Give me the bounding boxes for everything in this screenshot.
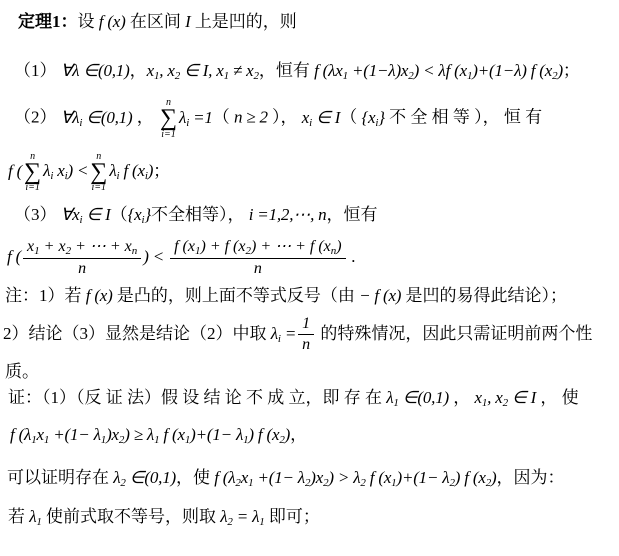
subscript: 1	[44, 434, 49, 446]
math-run: λi =1	[179, 108, 213, 127]
math-run: n ≥ 2	[234, 108, 268, 127]
subscript: 2	[323, 477, 328, 489]
fraction-denominator: n	[254, 259, 262, 278]
math-run: λ2 ∈(0,1)	[113, 468, 176, 487]
subscript: 1	[467, 70, 472, 82]
math-run: f (x)	[99, 12, 126, 31]
text-run: 是凸的，则上面不等式反号（由	[113, 286, 360, 305]
subscript: 1	[243, 434, 248, 446]
subscript: 2	[119, 434, 124, 446]
text-run: 若	[8, 507, 29, 526]
math-run: λ1	[29, 507, 41, 526]
math-run: {xi}	[361, 108, 384, 127]
text-run: 2）结论（3）显然是结论（2）中取	[3, 324, 271, 343]
math-run: f (	[7, 247, 21, 266]
text-run: 可以证明存在	[7, 468, 113, 487]
text-run: ，	[449, 388, 475, 407]
text-run: （	[213, 108, 234, 127]
proof-formula-1: f (λ1x1 +(1− λ1)x2) ≥ λ1 f (x1)+(1− λ1) …	[10, 423, 619, 446]
subscript: 2	[552, 70, 557, 82]
math-run: λi f (xi)	[109, 161, 153, 180]
text-run: ；	[563, 61, 580, 80]
display-formula-3: f (x1 + x2 + ⋯ + xnn) < f (x1) + f (x2) …	[7, 238, 619, 278]
fraction-denominator: n	[302, 335, 310, 354]
text-run: （	[340, 108, 361, 127]
subscript: i	[375, 117, 378, 129]
math-run: xi ∈ I	[302, 108, 340, 127]
fraction-numerator: x1 + x2 + ⋯ + xn	[23, 238, 141, 258]
subscript: i	[309, 117, 312, 129]
subscript: 1	[185, 434, 190, 446]
theorem-label: 定理1：	[18, 12, 78, 31]
subscript: i	[65, 170, 68, 182]
math-run: λ1 ∈(0,1)	[386, 388, 449, 407]
subscript: 2	[66, 245, 72, 257]
math-run: f (λx1 +(1−λ)x2) < λf (x1)+(1−λ) f (x2)	[314, 61, 563, 80]
math-run: {xi}	[128, 205, 151, 224]
math-run: .	[348, 247, 356, 266]
math-run: λ2 = λ1	[220, 507, 264, 526]
subscript: 1	[101, 434, 106, 446]
fraction: x1 + x2 + ⋯ + xnn	[23, 238, 141, 278]
text-run: 设	[78, 12, 99, 31]
subscript: 1	[393, 397, 398, 409]
note-2-continued: 质。	[5, 360, 619, 383]
text-run: （	[111, 205, 128, 224]
math-run: i =1,2,⋯, n	[249, 205, 327, 224]
text-run: ），	[268, 108, 302, 127]
text-run: 不 全 相 等 ）， 恒 有	[385, 108, 542, 127]
theorem-item-1: （1） ∀λ ∈(0,1)，x1, x2 ∈ I, x1 ≠ x2，恒有 f (…	[14, 59, 619, 82]
summation: n∑i=1	[24, 152, 41, 194]
fraction-denominator: n	[78, 259, 86, 278]
subscript: 2	[449, 477, 454, 489]
text-run: 证：（1）（反 证 法）假 设 结 论 不 成 立，即 存 在	[8, 388, 386, 407]
theorem-item-2: （2） ∀λi ∈(0,1) ， n∑i=1λi =1（ n ≥ 2 ）， xi…	[14, 98, 619, 140]
text-run: ，	[130, 61, 147, 80]
fraction-numerator: 1	[298, 315, 314, 335]
subscript: 2	[175, 70, 180, 82]
math-run: x1, x2 ∈ I	[474, 388, 536, 407]
subscript: 2	[408, 70, 413, 82]
subscript: 1	[248, 477, 253, 489]
text-run: ；	[153, 161, 170, 180]
sum-lower-limit: i=1	[25, 183, 40, 193]
subscript: 1	[482, 397, 487, 409]
theorem-heading: 定理1：设 f (x) 在区间 I 上是凹的，则	[18, 10, 619, 33]
text-run: ，	[132, 108, 158, 127]
sigma-icon: ∑	[160, 108, 177, 130]
subscript: i	[117, 170, 120, 182]
math-run: ∀λi ∈(0,1)	[61, 108, 133, 127]
subscript: 2	[120, 477, 125, 489]
sigma-icon: ∑	[24, 162, 41, 184]
math-run: f (x)	[86, 286, 113, 305]
math-run: f (λ2x1 +(1− λ2)x2) > λ2 f (x1)+(1− λ2) …	[214, 468, 496, 487]
text-run: 是凹的易得此结论）；	[401, 286, 567, 305]
subscript: i	[186, 117, 189, 129]
text-run: 注：1）若	[5, 286, 86, 305]
subscript: 2	[503, 397, 508, 409]
subscript: 1	[343, 70, 348, 82]
text-run: 不全相等），	[151, 205, 249, 224]
text-run: ，恒有	[259, 61, 314, 80]
subscript: i	[142, 214, 145, 226]
text-run: （1）	[14, 61, 61, 80]
subscript: 2	[245, 245, 251, 257]
subscript: 2	[227, 516, 232, 528]
subscript: 1	[195, 245, 201, 257]
subscript: 1	[34, 245, 40, 257]
subscript: i	[80, 214, 83, 226]
math-run: ∀λ ∈(0,1)	[61, 61, 130, 80]
subscript: 2	[279, 434, 284, 446]
proof-start: 证：（1）（反 证 法）假 设 结 论 不 成 立，即 存 在 λ1 ∈(0,1…	[8, 386, 619, 409]
text-run: 的特殊情况，因此只需证明前两个性	[316, 324, 592, 343]
text-run: 使前式取不等号，则取	[42, 507, 221, 526]
text-run: （3）	[14, 205, 61, 224]
text-run: ，因为：	[496, 468, 564, 487]
subscript: i	[278, 333, 281, 345]
text-run: ，	[290, 425, 307, 444]
subscript: 1	[154, 70, 159, 82]
subscript: 2	[360, 477, 365, 489]
fraction-numerator: f (x1) + f (x2) + ⋯ + f (xn)	[170, 238, 346, 258]
text-run: 即可；	[265, 507, 320, 526]
text-run: ，使	[176, 468, 214, 487]
math-run: ) <	[143, 247, 168, 266]
subscript: n	[132, 245, 138, 257]
text-run: 质。	[5, 362, 39, 381]
subscript: 1	[224, 70, 229, 82]
summation: n∑i=1	[90, 152, 107, 194]
document-page: 定理1：设 f (x) 在区间 I 上是凹的，则 （1） ∀λ ∈(0,1)，x…	[0, 0, 619, 556]
theorem-item-3: （3） ∀xi ∈ I（{xi}不全相等）， i =1,2,⋯, n，恒有	[14, 203, 619, 226]
subscript: 1	[31, 434, 36, 446]
subscript: 2	[305, 477, 310, 489]
math-run: f (	[8, 161, 22, 180]
proof-line-2: 可以证明存在 λ2 ∈(0,1)，使 f (λ2x1 +(1− λ2)x2) >…	[7, 466, 619, 489]
subscript: 1	[154, 434, 159, 446]
subscript: 1	[391, 477, 396, 489]
math-run: λi =	[271, 324, 296, 343]
subscript: i	[50, 170, 53, 182]
sigma-icon: ∑	[90, 162, 107, 184]
text-run: （2）	[14, 108, 61, 127]
math-run: x1, x2 ∈ I, x1 ≠ x2	[147, 61, 259, 80]
sum-lower-limit: i=1	[92, 183, 107, 193]
math-run: ∀xi ∈ I	[61, 205, 111, 224]
subscript: n	[331, 245, 337, 257]
note-1: 注：1）若 f (x) 是凸的，则上面不等式反号（由 − f (x) 是凹的易得…	[5, 284, 619, 307]
subscript: 2	[235, 477, 240, 489]
display-formula-2: f (n∑i=1λi xi) <n∑i=1λi f (xi)；	[8, 152, 619, 194]
sum-lower-limit: i=1	[161, 130, 176, 140]
text-run: ， 使	[536, 388, 579, 407]
proof-line-3: 若 λ1 使前式取不等号，则取 λ2 = λ1 即可；	[8, 505, 619, 528]
math-run: λi xi) <	[43, 161, 88, 180]
text-run: 在区间	[126, 12, 186, 31]
subscript: i	[145, 170, 148, 182]
text-run: ，恒有	[326, 205, 377, 224]
note-2: 2）结论（3）显然是结论（2）中取 λi =1n 的特殊情况，因此只需证明前两个…	[3, 315, 619, 355]
math-run: f (λ1x1 +(1− λ1)x2) ≥ λ1 f (x1)+(1− λ1) …	[10, 425, 290, 444]
subscript: 2	[486, 477, 491, 489]
summation: n∑i=1	[160, 98, 177, 140]
fraction: 1n	[298, 315, 314, 355]
text-run: 上是凹的，则	[191, 12, 297, 31]
math-run: − f (x)	[359, 286, 401, 305]
subscript: i	[79, 117, 82, 129]
fraction: f (x1) + f (x2) + ⋯ + f (xn)n	[170, 238, 346, 278]
